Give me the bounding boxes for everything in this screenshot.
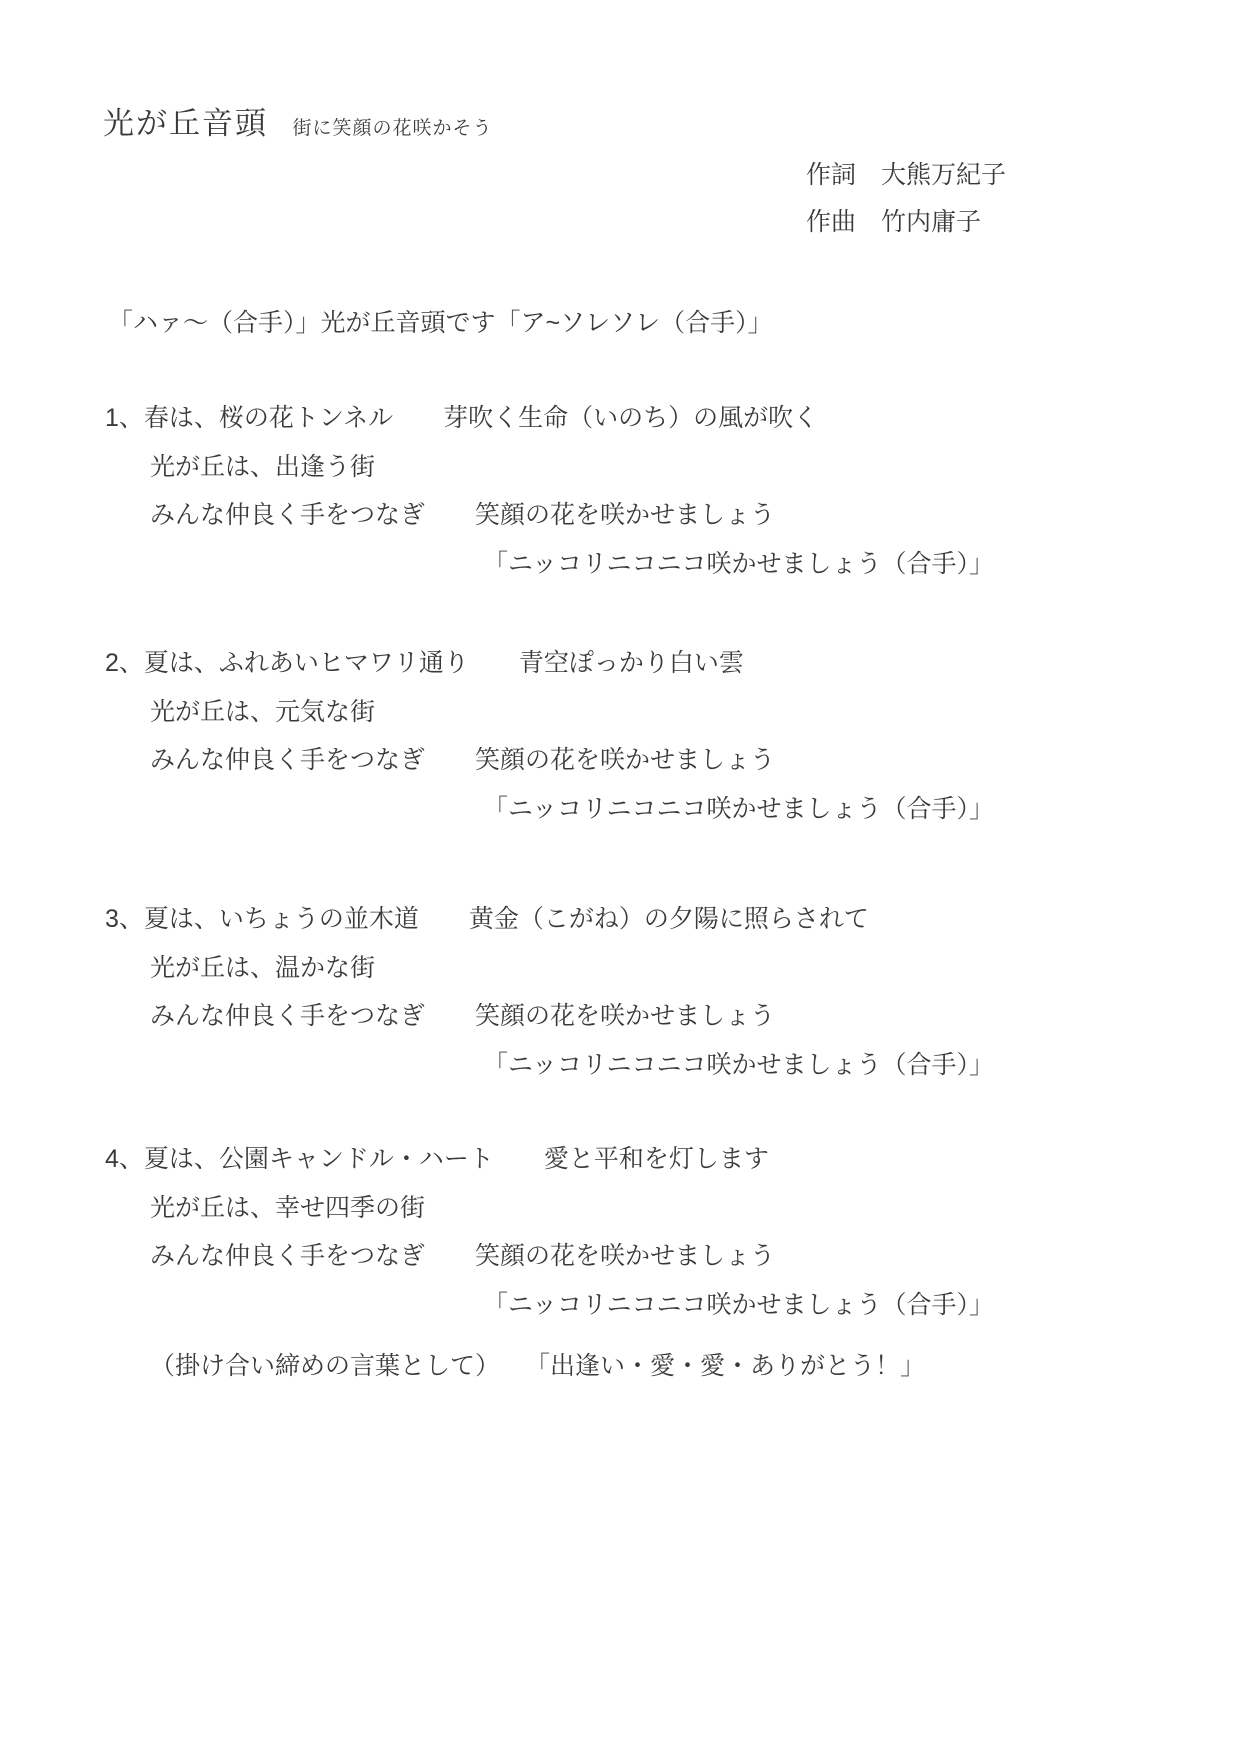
verse-1: 1、春は、桜の花トンネル 芽吹く生命（いのち）の風が吹く 光が丘は、出逢う街 み… [105,394,994,588]
verse-3-line-4: 「ニッコリニコニコ咲かせましょう（合手）」 [483,1041,994,1090]
verse-4-line-3: みんな仲良く手をつなぎ 笑顔の花を咲かせましょう [150,1232,994,1281]
title-row: 光が丘音頭 街に笑顔の花咲かそう [103,98,492,143]
lyricist-credit: 作詞 大熊万紀子 [806,152,1006,199]
song-title: 光が丘音頭 [103,106,268,141]
verse-1-line-4: 「ニッコリニコニコ咲かせましょう（合手）」 [483,540,994,589]
closing-line: （掛け合い締めの言葉として） 「出逢い・愛・愛・ありがとう！」 [150,1342,925,1390]
verse-4-line-2: 光が丘は、幸せ四季の街 [150,1184,994,1233]
composer-credit: 作曲 竹内庸子 [806,199,1006,246]
verse-4-line-1: 4、夏は、公園キャンドル・ハート 愛と平和を灯します [105,1135,994,1184]
call-line: 「ハァ～（合手）」光が丘音頭です「ア~ソレソレ（合手）」 [108,303,773,343]
credits-block: 作詞 大熊万紀子 作曲 竹内庸子 [806,152,1006,246]
verse-2-line-4: 「ニッコリニコニコ咲かせましょう（合手）」 [483,785,994,834]
verse-1-line-1: 1、春は、桜の花トンネル 芽吹く生命（いのち）の風が吹く [105,394,994,443]
verse-4: 4、夏は、公園キャンドル・ハート 愛と平和を灯します 光が丘は、幸せ四季の街 み… [105,1135,994,1329]
document-page: 光が丘音頭 街に笑顔の花咲かそう 作詞 大熊万紀子 作曲 竹内庸子 「ハァ～（合… [0,0,1240,1753]
verse-2-line-3: みんな仲良く手をつなぎ 笑顔の花を咲かせましょう [150,736,994,785]
verse-3-line-1: 3、夏は、いちょうの並木道 黄金（こがね）の夕陽に照らされて [105,895,994,944]
song-subtitle: 街に笑顔の花咲かそう [292,118,492,139]
verse-3: 3、夏は、いちょうの並木道 黄金（こがね）の夕陽に照らされて 光が丘は、温かな街… [105,895,994,1089]
verse-2-line-1: 2、夏は、ふれあいヒマワリ通り 青空ぽっかり白い雲 [105,639,994,688]
verse-3-line-3: みんな仲良く手をつなぎ 笑顔の花を咲かせましょう [150,992,994,1041]
verse-1-line-2: 光が丘は、出逢う街 [150,443,994,492]
verse-2: 2、夏は、ふれあいヒマワリ通り 青空ぽっかり白い雲 光が丘は、元気な街 みんな仲… [105,639,994,833]
verse-1-line-3: みんな仲良く手をつなぎ 笑顔の花を咲かせましょう [150,491,994,540]
verse-4-line-4: 「ニッコリニコニコ咲かせましょう（合手）」 [483,1281,994,1330]
verse-3-line-2: 光が丘は、温かな街 [150,944,994,993]
verse-2-line-2: 光が丘は、元気な街 [150,688,994,737]
